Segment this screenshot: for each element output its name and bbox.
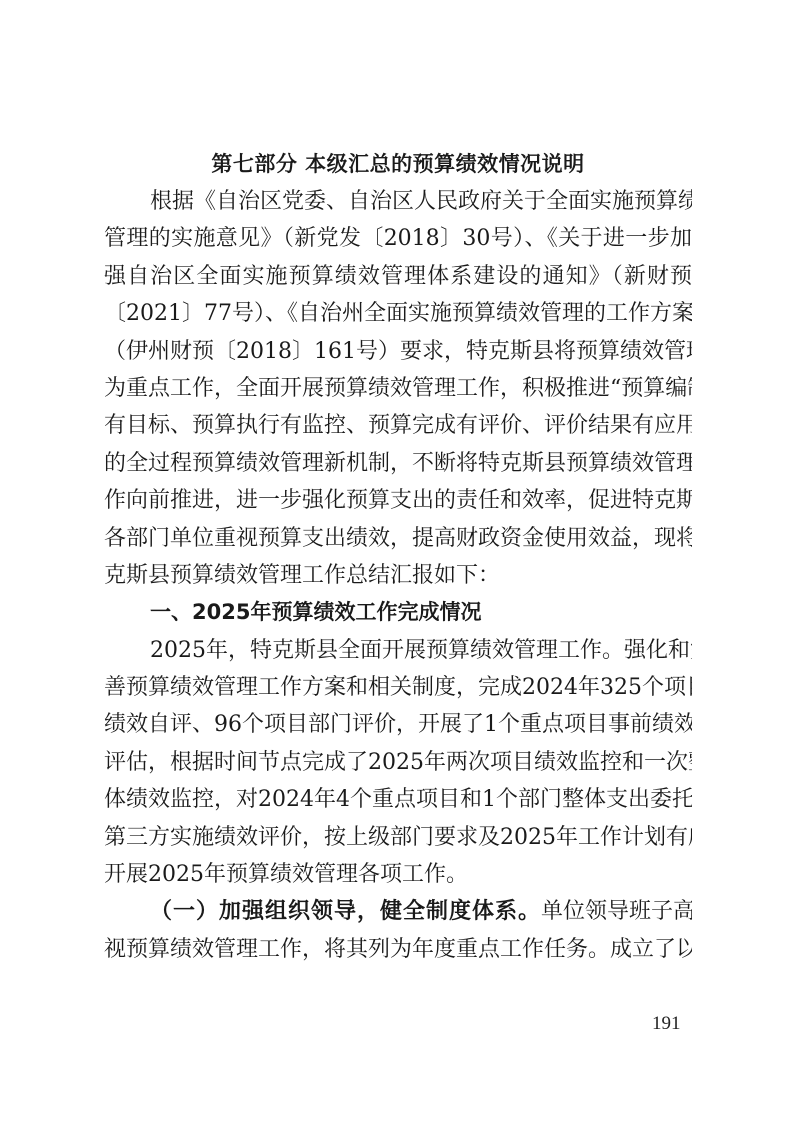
- intro-paragraph: 根据《自治区党委、自治区人民政府关于全面实施预算绩效 管理的实施意见》（新党发〔…: [104, 183, 692, 594]
- paragraph-line: （一）加强组织领导，健全制度体系。单位领导班子高度重: [104, 893, 692, 930]
- section1-paragraph: 2025年，特克斯县全面开展预算绩效管理工作。强化和完 善预算绩效管理工作方案和…: [104, 632, 692, 894]
- paragraph-line: 克斯县预算绩效管理工作总结汇报如下：: [104, 557, 692, 594]
- subsection-heading: （一）加强组织领导，健全制度体系。: [150, 899, 541, 924]
- section-heading: 一、2025年预算绩效工作完成情况: [104, 594, 692, 631]
- paragraph-line: 评估，根据时间节点完成了2025年两次项目绩效监控和一次整: [104, 744, 692, 781]
- paragraph-line: 的全过程预算绩效管理新机制，不断将特克斯县预算绩效管理工: [104, 445, 692, 482]
- paragraph-line: 善预算绩效管理工作方案和相关制度，完成2024年325个项目: [104, 669, 692, 706]
- paragraph-line: 视预算绩效管理工作，将其列为年度重点工作任务。成立了以县: [104, 931, 692, 968]
- paragraph-line: 有目标、预算执行有监控、预算完成有评价、评价结果有应用”: [104, 407, 692, 444]
- paragraph-line: 为重点工作，全面开展预算绩效管理工作，积极推进“预算编制: [104, 370, 692, 407]
- paragraph-line: 绩效自评、96个项目部门评价，开展了1个重点项目事前绩效: [104, 706, 692, 743]
- paragraph-line: 作向前推进，进一步强化预算支出的责任和效率，促进特克斯县: [104, 482, 692, 519]
- paragraph-text: 单位领导班子高度重: [541, 899, 692, 924]
- page-title: 第七部分 本级汇总的预算绩效情况说明: [104, 146, 692, 183]
- document-page: 第七部分 本级汇总的预算绩效情况说明 根据《自治区党委、自治区人民政府关于全面实…: [104, 146, 692, 968]
- paragraph-line: 根据《自治区党委、自治区人民政府关于全面实施预算绩效: [104, 183, 692, 220]
- paragraph-line: 各部门单位重视预算支出绩效，提高财政资金使用效益，现将特: [104, 520, 692, 557]
- paragraph-line: 〔2021〕77号）、《自治州全面实施预算绩效管理的工作方案》: [104, 295, 692, 332]
- subsection1-paragraph: （一）加强组织领导，健全制度体系。单位领导班子高度重 视预算绩效管理工作，将其列…: [104, 893, 692, 968]
- paragraph-line: （伊州财预〔2018〕161号）要求，特克斯县将预算绩效管理作: [104, 333, 692, 370]
- paragraph-line: 开展2025年预算绩效管理各项工作。: [104, 856, 692, 893]
- paragraph-line: 强自治区全面实施预算绩效管理体系建设的通知》（新财预: [104, 258, 692, 295]
- paragraph-line: 2025年，特克斯县全面开展预算绩效管理工作。强化和完: [104, 632, 692, 669]
- page-number: 191: [652, 1013, 681, 1035]
- paragraph-line: 体绩效监控，对2024年4个重点项目和1个部门整体支出委托: [104, 781, 692, 818]
- paragraph-line: 管理的实施意见》（新党发〔2018〕30号）、《关于进一步加: [104, 220, 692, 257]
- paragraph-line: 第三方实施绩效评价，按上级部门要求及2025年工作计划有序: [104, 819, 692, 856]
